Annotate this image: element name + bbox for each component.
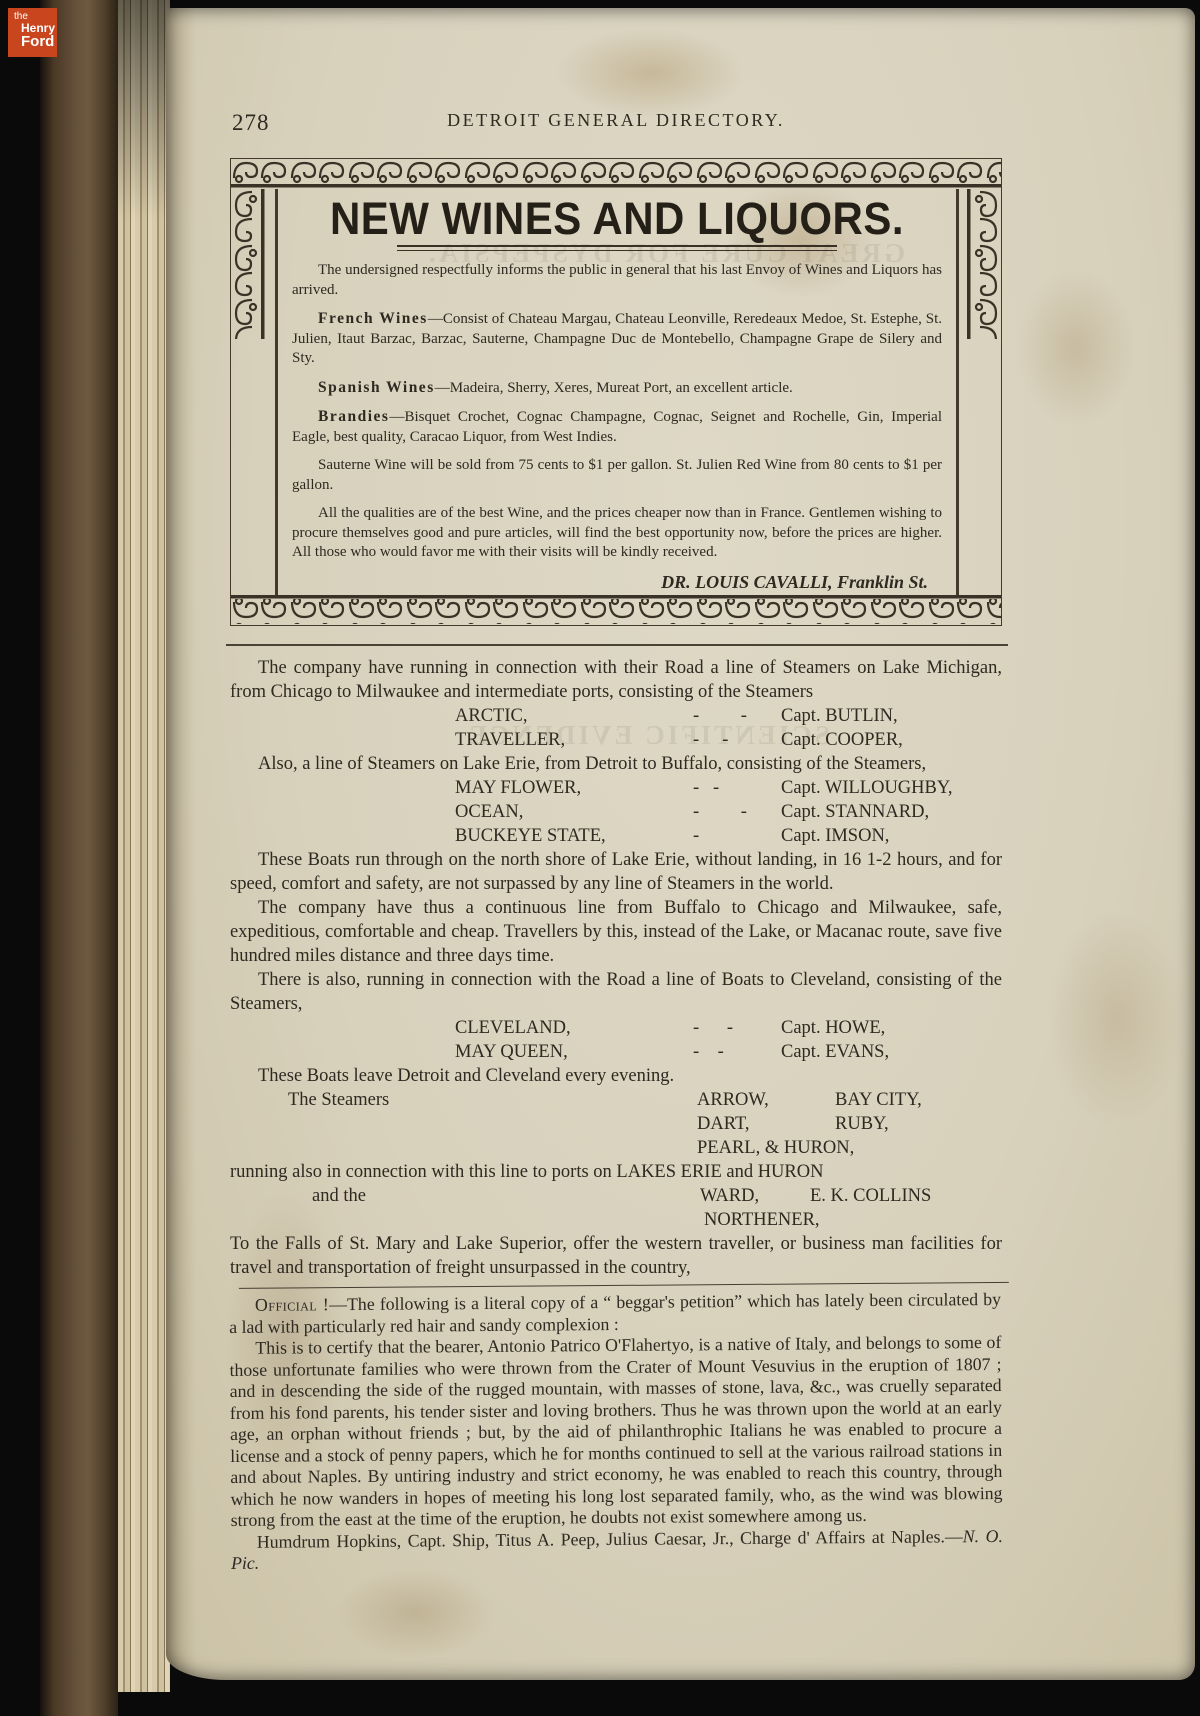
- petition-signatories: Humdrum Hopkins, Capt. Ship, Titus A. Pe…: [231, 1525, 1003, 1574]
- ad-quality-note: All the qualities are of the best Wine, …: [292, 504, 942, 563]
- paper-stain: [1016, 268, 1136, 428]
- page-edges-shadow: [118, 0, 170, 220]
- steamer-captain: Capt. STANNARD,: [781, 800, 929, 824]
- steamer-name: ARCTIC,: [455, 704, 693, 728]
- steamer-name: ARROW,: [697, 1088, 835, 1112]
- scroll-ornament-bottom: [231, 595, 1001, 625]
- ad-text-brandies: —Bisquet Crochet, Cognac Champagne, Cogn…: [292, 409, 942, 445]
- steamer-name: BUCKEYE STATE,: [455, 824, 693, 848]
- fleet-list: The Steamers ARROW,BAY CITY, DART,RUBY, …: [230, 1088, 1002, 1160]
- running-header: DETROIT GENERAL DIRECTORY.: [230, 110, 1002, 131]
- steamer-captain: Capt. COOPER,: [781, 728, 903, 752]
- ad-title: NEW WINES AND LIQUORS.: [292, 193, 942, 245]
- body-paragraph: running also in connection with this lin…: [230, 1160, 1002, 1184]
- official-section: Official !—The following is a literal co…: [229, 1281, 1003, 1574]
- steamer-name: PEARL, & HURON,: [697, 1136, 854, 1160]
- body-paragraph: These Boats run through on the north sho…: [230, 848, 1002, 896]
- body-paragraph: To the Falls of St. Mary and Lake Superi…: [230, 1232, 1002, 1280]
- henry-ford-logo: the Henry Ford: [8, 8, 57, 57]
- fleet-row: ARROW,BAY CITY,: [697, 1088, 1002, 1112]
- ad-lead-brandies: Brandies: [318, 408, 389, 425]
- book-page-edges: [118, 0, 170, 1692]
- official-intro: Official !—The following is a literal co…: [229, 1288, 1001, 1337]
- steamer-name: CLEVELAND,: [455, 1016, 693, 1040]
- steamer-name: WARD,: [700, 1184, 810, 1208]
- steamer-name: DART,: [697, 1112, 835, 1136]
- section-divider-rule: [226, 644, 1008, 646]
- ad-intro-paragraph: The undersigned respectfully informs the…: [292, 261, 942, 300]
- scroll-ornament-left: [231, 189, 265, 339]
- steamer-name: OCEAN,: [455, 800, 693, 824]
- fleet-row: PEARL, & HURON,: [697, 1136, 1002, 1160]
- ad-text-spanish: —Madeira, Sherry, Xeres, Mureat Port, an…: [435, 380, 793, 396]
- ad-paragraph-french: French Wines—Consist of Chateau Margau, …: [292, 309, 942, 369]
- body-paragraph: The company have running in connection w…: [230, 656, 1002, 704]
- steamer-dash: - -: [693, 1016, 781, 1040]
- official-divider-rule: [239, 1281, 1009, 1288]
- ward-label: and the: [312, 1184, 366, 1208]
- steamer-name: TRAVELLER,: [455, 728, 693, 752]
- steamer-captain: Capt. IMSON,: [781, 824, 889, 848]
- fleet-row: WARD,E. K. COLLINS: [700, 1184, 1002, 1208]
- steamer-name: RUBY,: [835, 1114, 889, 1134]
- steamer-name: E. K. COLLINS: [810, 1186, 931, 1206]
- steamer-dash: -: [693, 824, 781, 848]
- ward-list: and the WARD,E. K. COLLINS NORTHENER,: [230, 1184, 1002, 1232]
- ad-content: NEW WINES AND LIQUORS. The undersigned r…: [275, 189, 959, 595]
- logo-text-ford: Ford: [21, 34, 57, 49]
- body-paragraph: Also, a line of Steamers on Lake Erie, f…: [230, 752, 1002, 776]
- fleet-row: DART,RUBY,: [697, 1112, 1002, 1136]
- scroll-ornament-right: [967, 189, 1001, 339]
- ad-price-note: Sauterne Wine will be sold from 75 cents…: [292, 456, 942, 495]
- body-paragraph: The company have thus a continuous line …: [230, 896, 1002, 968]
- steamer-row: BUCKEYE STATE,-Capt. IMSON,: [455, 824, 1002, 848]
- steamer-name: MAY FLOWER,: [455, 776, 693, 800]
- steamer-routes-section: The company have running in connection w…: [230, 656, 1002, 1280]
- body-paragraph: There is also, running in connection wit…: [230, 968, 1002, 1016]
- body-paragraph: These Boats leave Detroit and Cleveland …: [230, 1064, 1002, 1088]
- official-lead: Official !: [255, 1294, 329, 1315]
- steamer-name: MAY QUEEN,: [455, 1040, 693, 1064]
- steamer-row: TRAVELLER,- -Capt. COOPER,: [455, 728, 1002, 752]
- page-number: 278: [232, 110, 270, 136]
- steamer-row: OCEAN,- -Capt. STANNARD,: [455, 800, 1002, 824]
- official-lead-rest: —The following is a literal copy of a “ …: [229, 1288, 1001, 1336]
- wine-advertisement: NEW WINES AND LIQUORS. The undersigned r…: [230, 158, 1002, 626]
- steamer-captain: Capt. BUTLIN,: [781, 704, 898, 728]
- ad-paragraph-spanish: Spanish Wines—Madeira, Sherry, Xeres, Mu…: [292, 378, 942, 399]
- steamer-row: MAY FLOWER,- -Capt. WILLOUGHBY,: [455, 776, 1002, 800]
- steamer-row: ARCTIC,- -Capt. BUTLIN,: [455, 704, 1002, 728]
- steamer-dash: - -: [693, 800, 781, 824]
- steamer-dash: - -: [693, 704, 781, 728]
- steamer-row: CLEVELAND,- -Capt. HOWE,: [455, 1016, 1002, 1040]
- ad-lead-french: French Wines: [318, 310, 428, 327]
- scroll-ornament-top: [231, 159, 1001, 189]
- steamer-captain: Capt. WILLOUGHBY,: [781, 776, 952, 800]
- steamer-row: MAY QUEEN,- -Capt. EVANS,: [455, 1040, 1002, 1064]
- fleet-label: The Steamers: [288, 1088, 389, 1112]
- steamer-captain: Capt. EVANS,: [781, 1040, 889, 1064]
- steamer-dash: - -: [693, 728, 781, 752]
- steamer-dash: - -: [693, 1040, 781, 1064]
- document-page: GREAT CURE FOR DYSPEPSIA. SCIENTIFIC EVI…: [166, 8, 1195, 1680]
- paper-stain: [1046, 908, 1186, 1128]
- steamer-name: NORTHENER,: [704, 1210, 820, 1230]
- ad-paragraph-brandies: Brandies—Bisquet Crochet, Cognac Champag…: [292, 407, 942, 447]
- book-spine: [40, 0, 118, 1716]
- ad-signature: DR. LOUIS CAVALLI, Franklin St.: [292, 572, 942, 593]
- fleet-row: NORTHENER,: [704, 1208, 1002, 1232]
- ad-lead-spanish: Spanish Wines: [318, 379, 435, 396]
- page-header: 278 DETROIT GENERAL DIRECTORY.: [230, 110, 1002, 142]
- steamer-name: BAY CITY,: [835, 1090, 922, 1110]
- steamer-captain: Capt. HOWE,: [781, 1016, 885, 1040]
- petition-text: This is to certify that the bearer, Anto…: [229, 1331, 1002, 1531]
- steamer-dash: - -: [693, 776, 781, 800]
- paper-stain: [336, 1568, 496, 1658]
- title-double-rule: [397, 245, 837, 251]
